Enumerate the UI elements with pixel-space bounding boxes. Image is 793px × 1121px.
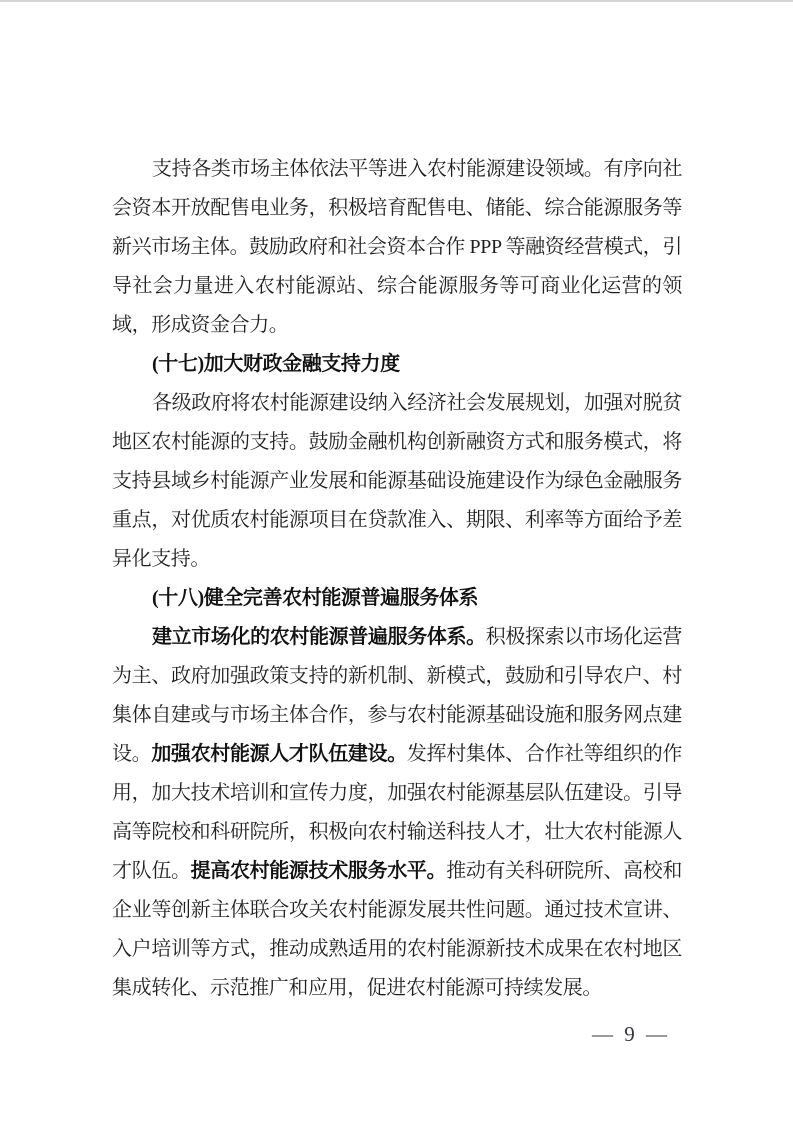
document-body: 支持各类市场主体依法平等进入农村能源建设领域。有序向社会资本开放配售电业务，积极… xyxy=(112,150,682,1008)
paragraph-fiscal-finance-support: 各级政府将农村能源建设纳入经济社会发展规划，加强对脱贫地区农村能源的支持。鼓励金… xyxy=(112,384,682,579)
page-number: — 9 — xyxy=(575,1021,687,1047)
scan-edge-artifact xyxy=(0,0,793,2)
paragraph-market-entry: 支持各类市场主体依法平等进入农村能源建设领域。有序向社会资本开放配售电业务，积极… xyxy=(112,150,682,345)
bold-run-tech-service-level: 提高农村能源技术服务水平。 xyxy=(191,860,447,882)
bold-run-market-service-system: 建立市场化的农村能源普遍服务体系。 xyxy=(152,626,486,648)
paragraph-universal-service: 建立市场化的农村能源普遍服务体系。积极探索以市场化运营为主、政府加强政策支持的新… xyxy=(112,618,682,1008)
bold-run-talent-team: 加强农村能源人才队伍建设。 xyxy=(151,743,407,765)
section-heading-18: (十八)健全完善农村能源普遍服务体系 xyxy=(112,579,682,618)
section-heading-17: (十七)加大财政金融支持力度 xyxy=(112,345,682,384)
